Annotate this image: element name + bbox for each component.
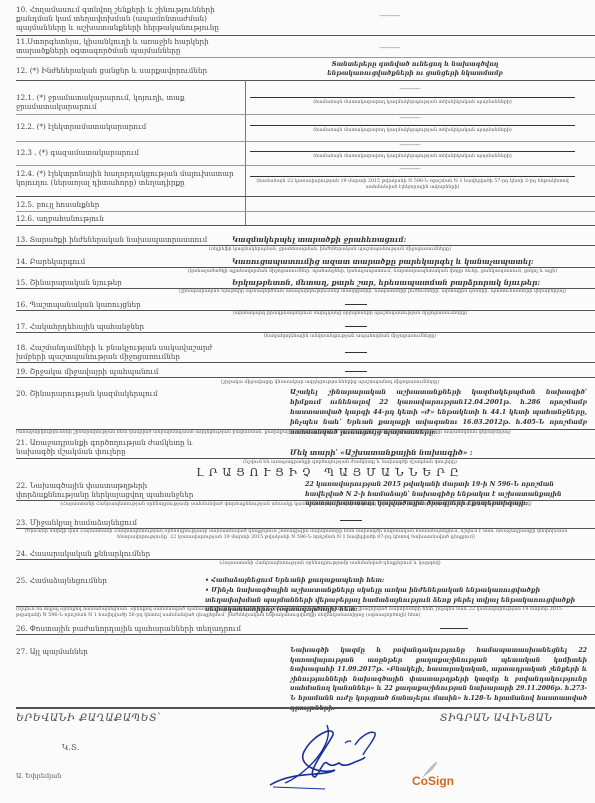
- row-26-label: 26. Փոստային բաժանորդային պահարանների տե…: [16, 624, 266, 633]
- row-22-label: 22. Նախագծային փաստաթղթերի փորձաքննությա…: [16, 481, 216, 499]
- divider: [16, 332, 595, 333]
- value-line: [250, 125, 575, 126]
- row-12-2-value: ---------: [370, 114, 450, 122]
- blank-line: [345, 371, 367, 372]
- row-10-value: ---------: [350, 12, 430, 20]
- row-16-label: 16. Պաշտպանական կառույցներ: [16, 300, 216, 309]
- row-12-4-value: ---------: [370, 165, 450, 173]
- row-14-note: (կանաչածածկի պլանավորման միջոցառումներ, …: [150, 269, 595, 275]
- row-12-5-label: 12.5. բույլ հոսանքներ: [16, 200, 241, 209]
- row-27-value: Նախագծի կազմը և բովանդակությունը համապատ…: [290, 646, 587, 713]
- row-10-label: 10. Հողամասում գտնվող շենքերի և շինությո…: [16, 5, 246, 33]
- divider: [16, 225, 595, 226]
- row-17-label: 17. Հակահրդեհային պահանջներ: [16, 322, 216, 331]
- row-11-label: 11.Ստորգետնյա, կիսանկուղի և առաջին հարկե…: [16, 37, 246, 55]
- row-12-2-label: 12.2. (*) էլեկտրամատակարարում: [16, 122, 241, 131]
- row-12-3-label: 12.3 . (*) գազամատակարարում: [16, 148, 241, 157]
- row-13-note: (ռելիեֆի կազմակերպման, ջրահեռացման, ինժե…: [200, 247, 460, 253]
- blank-line: [345, 326, 367, 327]
- divider: [16, 362, 595, 363]
- row-16-note: (արտակարգ իրավիճակներում մարդկանց օբյեկտ…: [200, 311, 500, 317]
- row-22-note: (Հայաստանի Հանրապետության օրենսդրությամբ…: [16, 502, 576, 508]
- row-15-value: Երկաթբետոն, մետաղ, քարե շար, երեսապատման…: [232, 278, 582, 287]
- row-24-label: 24. Հասարակական քննարկումներ: [16, 549, 216, 558]
- mayor-name: ՏԻԳՐԱՆ ԱՎԻՆՅԱՆ: [440, 713, 553, 724]
- row-12-1-label: 12.1. (*) ջրամատակարարում, կոյուղի, տաք …: [16, 93, 241, 111]
- row-25-bullet-1: • Համաձայնեցում Երևանի քաղաքապետի հետ:: [205, 576, 585, 586]
- row-12-1-note: (համաձայն մատակարարող կազմակերպության տե…: [250, 100, 575, 106]
- row-25-note: (նշվում են տվյալ օրենքով համաձայնեցման՝ …: [16, 607, 576, 619]
- divider: [16, 559, 595, 560]
- row-20-label: 20. Շինարարության կազմակերպում: [16, 389, 216, 398]
- row-11-value: ---------: [350, 44, 430, 52]
- value-line: [250, 151, 575, 152]
- row-21-value: Մեկ տարի՝ «Աշխատանքային նախագիծ» :: [290, 448, 580, 457]
- mayor-title: ԵՐԵՎԱՆԻ ՔԱՂԱՔԱՊԵՏ՝: [16, 713, 161, 724]
- blank-line: [345, 352, 367, 353]
- divider: [16, 165, 595, 166]
- divider: [16, 267, 595, 268]
- row-19-note: (շրջակա միջավայրը վնասակար ազդեցությունն…: [200, 380, 460, 386]
- column-divider: [245, 80, 246, 225]
- row-12-label: 12. (*) Ինժեներական ցանցեր և սարքավորում…: [16, 66, 246, 75]
- row-14-value: Կառուցապատումից ազատ տարածքը բարեկարգել …: [232, 257, 582, 266]
- cosign-text: CoSign: [412, 774, 454, 788]
- divider: [16, 634, 595, 635]
- divider: [16, 114, 595, 115]
- bullet-text: Համաձայնեցում Երևանի քաղաքապետի հետ:: [211, 577, 384, 584]
- section-heading: ԼՐԱՑՈՒՑԻՉ ՊԱՅՄԱՆՆԵՐԸ: [180, 466, 480, 479]
- row-14-label: 14. Բարեկարգում: [16, 257, 216, 266]
- row-12-3-value: ---------: [370, 141, 450, 149]
- blank-line: [440, 628, 468, 629]
- row-12-4-note: (համաձայն 22 կառավարության 19 մարտի 2015…: [255, 179, 570, 191]
- row-13-value: Կազմակերպել տարածքի ջրահեռացում:: [232, 235, 582, 244]
- divider: [16, 141, 595, 142]
- divider: [16, 35, 595, 36]
- row-24-note: (Հայաստանի Հանրապետության օրենսդրությամբ…: [200, 561, 460, 567]
- row-19-label: 19. Շրջակա միջավայրի պահպանում: [16, 367, 216, 376]
- row-21-label: 21. Առաջադրանքի գործողության ժամկետը և ն…: [16, 438, 216, 456]
- value-line: [250, 97, 575, 98]
- divider: [16, 245, 595, 246]
- row-12-value: Տանտերերը գտնված ունեցող և նախագծվող ենթ…: [300, 61, 530, 78]
- divider: [16, 458, 595, 459]
- row-25-label: 25. Համաձայնեցումներ: [16, 576, 216, 585]
- row-12-2-note: (համաձայն մատակարարող կազմակերպության տե…: [250, 128, 575, 134]
- divider: [16, 80, 595, 81]
- row-18-label: 18. Հաշմանդամների և բնակչության սակավաշա…: [16, 343, 226, 361]
- executor-name: Ա. Եփրեմյան: [16, 772, 61, 780]
- row-12-4-label: 12.4. (*) էլեկտրոնային հաղորդակցության մ…: [16, 169, 241, 187]
- divider: [16, 707, 595, 709]
- blank-line: [345, 304, 367, 305]
- divider: [16, 211, 595, 212]
- cosign-logo: CoSign: [412, 770, 454, 789]
- value-line: [250, 176, 575, 177]
- seal-mark: Կ.Տ.: [62, 743, 79, 752]
- divider: [16, 377, 595, 378]
- row-13-label: 13. Տարածքի ինժեներական նախապատրաստում: [16, 235, 216, 244]
- row-15-note: (շինարարական նյութերի օգտագործման առաջար…: [150, 289, 595, 295]
- divider: [16, 57, 595, 58]
- divider: [16, 196, 595, 197]
- row-12-1-value: ---------: [370, 85, 450, 93]
- row-23-label: 23. Միջանկյալ համաձայնեցում: [16, 518, 216, 527]
- row-27-label: 27. Այլ պայմաններ: [16, 647, 216, 656]
- divider: [16, 500, 595, 501]
- row-15-label: 15. Շինարարական նյութեր: [16, 278, 216, 287]
- row-17-note: (հակահրդեհային անվտանգության ապահովման մ…: [220, 334, 480, 340]
- blank-line: [340, 520, 362, 521]
- row-23-note: (Երևանի մարզի կամ Հայաստանի Հանրապետությ…: [16, 529, 576, 541]
- document-page: 10. Հողամասում գտնվող շենքերի և շինությո…: [0, 0, 595, 803]
- row-20-note: (առաջարկություններ շինարարության հետ կապ…: [16, 430, 576, 436]
- row-12-6-label: 12.6. աղբահանություն: [16, 214, 241, 223]
- row-12-3-note: (համաձայն մատակարարող կազմակերպության տե…: [250, 154, 575, 160]
- handwritten-signature-icon: [265, 715, 385, 795]
